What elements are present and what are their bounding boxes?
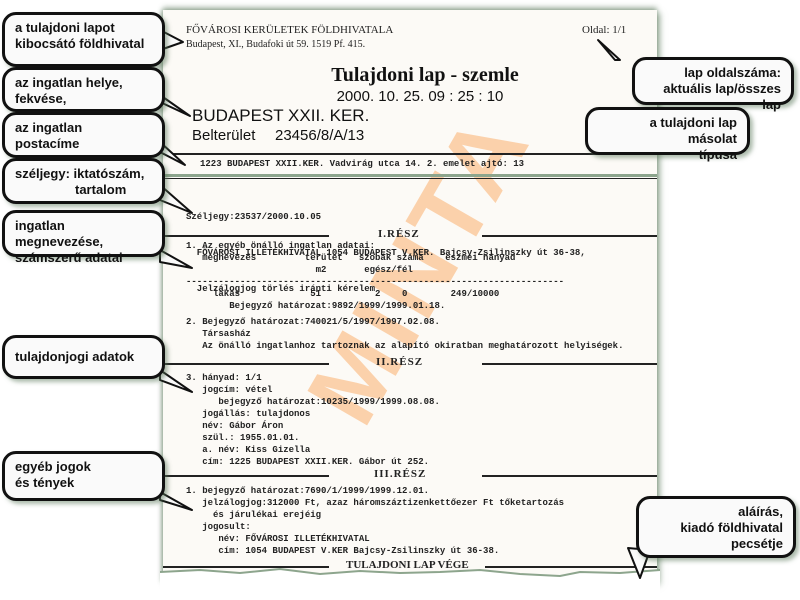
callout-line: a tulajdoni lapot	[15, 20, 152, 36]
section-line: a. név: Kiss Gizella	[186, 444, 440, 456]
section-1-body: 1. Az egyéb önálló ingatlan adatai: megn…	[186, 240, 623, 352]
section-line: 2. Bejegyző határozat:740021/5/1997/1997…	[186, 316, 623, 328]
section-line: jogosult:	[186, 521, 564, 533]
callout-line: ingatlan megnevezése,	[15, 218, 152, 250]
section-line: bejegyző határozat:10235/1999/1999.08.08…	[186, 396, 440, 408]
section-line: ----------------------------------------…	[186, 276, 623, 288]
divider	[482, 475, 657, 477]
office-name: FŐVÁROSI KERÜLETEK FÖLDHIVATALA	[186, 24, 393, 36]
callout-line: kibocsátó földhivatal	[15, 36, 152, 52]
callout-signature: aláírás, kiadó földhivatal pecsétje	[636, 496, 796, 558]
callout-line: számszerű adatai	[15, 250, 152, 266]
callout-location: az ingatlan helye, fekvése, helyrajziszá…	[2, 67, 165, 112]
callout-line: és tények	[15, 475, 152, 491]
callout-line: tartalom	[15, 182, 152, 198]
section-line: 1. Az egyéb önálló ingatlan adatai:	[186, 240, 623, 252]
callout-copy-type: a tulajdoni lap másolat típusa	[585, 107, 750, 155]
section-line: Az önálló ingatlanhoz tartoznak az alapí…	[186, 340, 623, 352]
section-line: Bejegyző határozat:9892/1999/1999.01.18.	[186, 300, 623, 312]
location-district: BUDAPEST XXII. KER.	[192, 106, 369, 126]
section-line: lakás 51 2 0 249/10000	[186, 288, 623, 300]
divider	[163, 174, 657, 177]
document-datetime: 2000. 10. 25. 09 : 25 : 10	[300, 88, 540, 105]
office-address: Budapest, XI., Budafoki út 59. 1519 Pf. …	[186, 39, 365, 50]
section-line: név: Gábor Áron	[186, 420, 440, 432]
divider	[163, 178, 657, 179]
callout-line: a tulajdoni lap másolat	[598, 115, 737, 147]
callout-line: lap oldalszáma:	[645, 65, 781, 81]
callout-line: az ingatlan	[15, 120, 152, 136]
callout-line: széljegy: iktatószám,	[15, 166, 152, 182]
divider	[482, 235, 657, 237]
szeljegy-line: Széljegy:23537/2000.10.05	[186, 211, 586, 223]
section-line: 3. hányad: 1/1	[186, 372, 440, 384]
section-title-2: II.RÉSZ	[376, 356, 423, 368]
section-line: jogállás: tulajdonos	[186, 408, 440, 420]
callout-line: kiadó földhivatal	[649, 520, 783, 536]
section-line: jogcím: vétel	[186, 384, 440, 396]
callout-page-number: lap oldalszáma: aktuális lap/összes lap	[632, 57, 794, 105]
section-line: és járulékai erejéig	[186, 509, 564, 521]
section-2-body: 3. hányad: 1/1 jogcím: vétel bejegyző ha…	[186, 372, 440, 468]
section-line: cím: 1054 BUDAPEST V.KER Bajcsy-Zsilinsz…	[186, 545, 564, 557]
section-title-3: III.RÉSZ	[374, 468, 426, 480]
section-line: 1. bejegyző határozat:7690/1/1999/1999.1…	[186, 485, 564, 497]
callout-line: tulajdonjogi adatok	[15, 349, 152, 365]
callout-line: pecsétje	[649, 536, 783, 552]
section-line: Társasház	[186, 328, 623, 340]
section-title-1: I.RÉSZ	[378, 228, 420, 240]
divider	[163, 235, 329, 237]
callout-postal: az ingatlan postacíme	[2, 112, 165, 158]
postal-address: 1223 BUDAPEST XXII.KER. Vadvirág utca 14…	[200, 159, 524, 169]
section-line: név: FŐVÁROSI ILLETÉKHIVATAL	[186, 533, 564, 545]
callout-szeljegy: széljegy: iktatószám, tartalom	[2, 158, 165, 204]
callout-line: postacíme	[15, 136, 152, 152]
callout-ownership: tulajdonjogi adatok	[2, 335, 165, 379]
location-area: Belterület	[192, 127, 255, 144]
callout-issuer: a tulajdoni lapot kibocsátó földhivatal	[2, 12, 165, 67]
callout-line: aláírás,	[649, 504, 783, 520]
section-line: szül.: 1955.01.01.	[186, 432, 440, 444]
callout-property: ingatlan megnevezése, számszerű adatai	[2, 210, 165, 257]
section-line: megnevezés terület szobák száma eszmei h…	[186, 252, 623, 264]
location-parcel-number: 23456/8/A/13	[275, 127, 364, 144]
section-line: jelzálogjog:312000 Ft, azaz háromszáztiz…	[186, 497, 564, 509]
callout-line: az ingatlan helye,	[15, 75, 152, 91]
page-number: Oldal: 1/1	[582, 24, 626, 36]
callout-line: típusa	[598, 147, 737, 163]
torn-edge	[160, 560, 660, 600]
section-3-body: 1. bejegyző határozat:7690/1/1999/1999.1…	[186, 485, 564, 557]
divider	[163, 153, 657, 155]
divider	[163, 363, 329, 365]
section-line: m2 egész/fél	[186, 264, 623, 276]
divider	[163, 475, 329, 477]
divider	[482, 363, 657, 365]
section-line: cím: 1225 BUDAPEST XXII.KER. Gábor út 25…	[186, 456, 440, 468]
callout-other-rights: egyéb jogok és tények	[2, 451, 165, 501]
document-title: Tulajdoni lap - szemle	[300, 64, 550, 87]
callout-line: egyéb jogok	[15, 459, 152, 475]
